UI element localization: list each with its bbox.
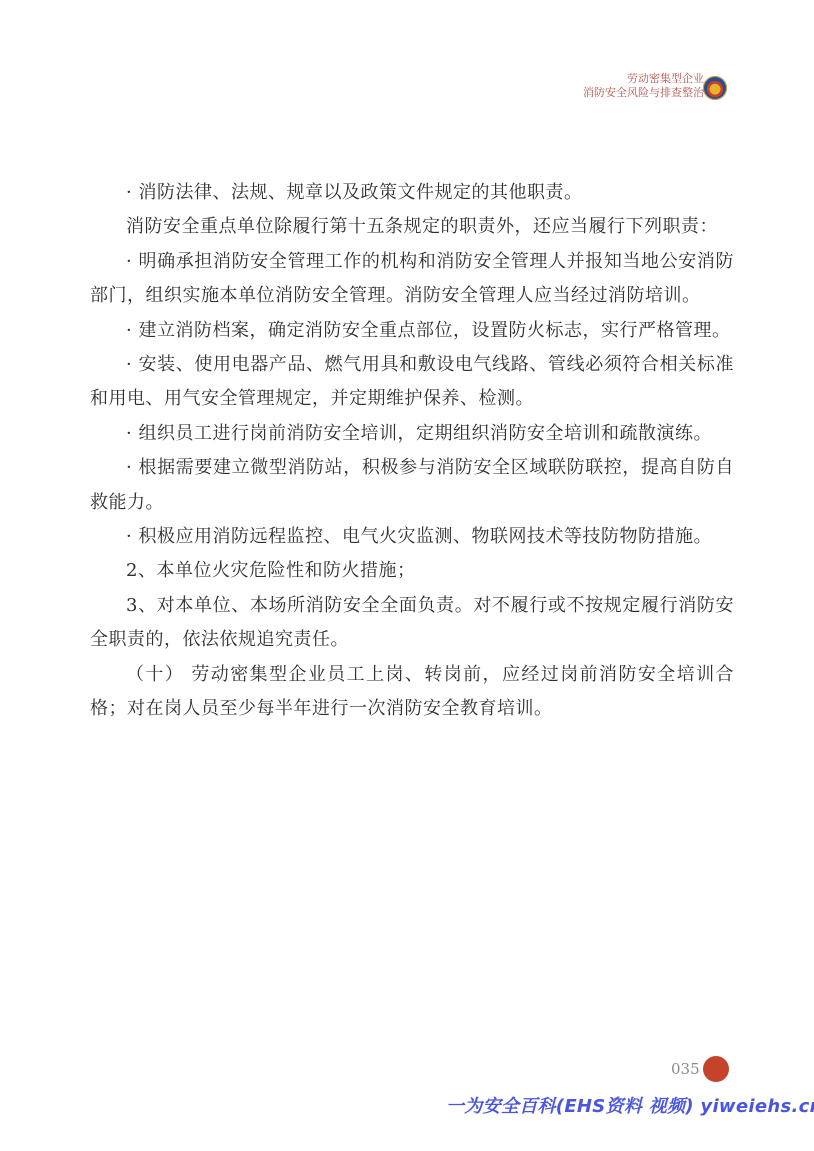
paragraph: · 积极应用消防远程监控、电气火灾监测、物联网技术等技防物防措施。 (90, 520, 734, 554)
header-title-line2: 消防安全风险与排查整治 (583, 86, 704, 100)
paragraph: · 组织员工进行岗前消防安全培训，定期组织消防安全培训和疏散演练。 (90, 417, 734, 451)
watermark-text: 一为安全百科(EHS资料 视频) yiweiehs.cn (446, 1092, 814, 1118)
header-title-line1: 劳动密集型企业 (583, 72, 704, 86)
page-number: 035 (671, 1060, 700, 1078)
page-marker-dot-icon (703, 1056, 729, 1082)
paragraph: · 根据需要建立微型消防站，积极参与消防安全区域联防联控，提高自防自救能力。 (90, 451, 734, 520)
fire-rescue-emblem-icon (703, 76, 727, 100)
paragraph: 消防安全重点单位除履行第十五条规定的职责外，还应当履行下列职责： (90, 210, 734, 244)
paragraph: · 建立消防档案，确定消防安全重点部位，设置防火标志，实行严格管理。 (90, 314, 734, 348)
paragraph: （十） 劳动密集型企业员工上岗、转岗前，应经过岗前消防安全培训合格；对在岗人员至… (90, 658, 734, 727)
paragraph: 3、对本单位、本场所消防安全全面负责。对不履行或不按规定履行消防安全职责的，依法… (90, 589, 734, 658)
paragraph: · 安装、使用电器产品、燃气用具和敷设电气线路、管线必须符合相关标准和用电、用气… (90, 348, 734, 417)
paragraph: · 明确承担消防安全管理工作的机构和消防安全管理人并报知当地公安消防部门，组织实… (90, 245, 734, 314)
paragraph: · 消防法律、法规、规章以及政策文件规定的其他职责。 (90, 176, 734, 210)
document-body: · 消防法律、法规、规章以及政策文件规定的其他职责。 消防安全重点单位除履行第十… (90, 176, 734, 727)
running-header: 劳动密集型企业 消防安全风险与排查整治 (583, 72, 704, 100)
paragraph: 2、本单位火灾危险性和防火措施； (90, 554, 734, 588)
